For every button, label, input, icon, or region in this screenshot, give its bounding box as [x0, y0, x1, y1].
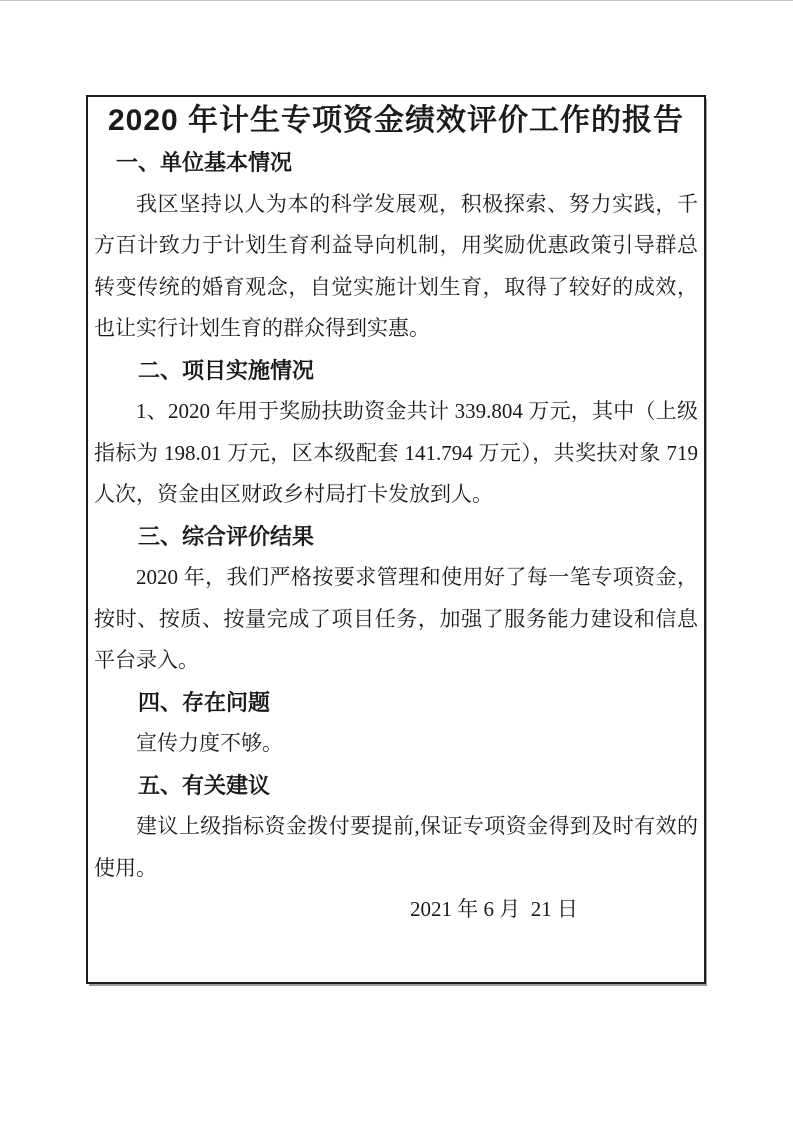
page-edge-line — [0, 0, 793, 1]
document-border-frame: 2020 年计生专项资金绩效评价工作的报告 一、单位基本情况 我区坚持以人为本的… — [86, 95, 706, 984]
section-suggestions: 五、有关建议 建议上级指标资金拨付要提前,保证专项资金得到及时有效的使用。 — [94, 765, 698, 890]
section-paragraph-2: 1、2020 年用于奖励扶助资金共计 339.804 万元，其中（上级指标为 1… — [94, 391, 698, 516]
section-heading-5: 五、有关建议 — [94, 765, 698, 807]
section-unit-basic-info: 一、单位基本情况 我区坚持以人为本的科学发展观，积极探索、努力实践，千方百计致力… — [94, 142, 698, 350]
section-project-implementation: 二、项目实施情况 1、2020 年用于奖励扶助资金共计 339.804 万元，其… — [94, 350, 698, 516]
document-date: 2021 年 6 月 21 日 — [94, 889, 698, 931]
section-heading-4: 四、存在问题 — [94, 682, 698, 724]
section-heading-1: 一、单位基本情况 — [94, 142, 698, 184]
section-heading-2: 二、项目实施情况 — [94, 350, 698, 392]
section-paragraph-4: 宣传力度不够。 — [94, 723, 698, 765]
section-evaluation-result: 三、综合评价结果 2020 年，我们严格按要求管理和使用好了每一笔专项资金，按时… — [94, 516, 698, 682]
document-title: 2020 年计生专项资金绩效评价工作的报告 — [94, 100, 698, 142]
document-content: 2020 年计生专项资金绩效评价工作的报告 一、单位基本情况 我区坚持以人为本的… — [88, 97, 704, 931]
section-problems: 四、存在问题 宣传力度不够。 — [94, 682, 698, 765]
section-heading-3: 三、综合评价结果 — [94, 516, 698, 558]
section-paragraph-5: 建议上级指标资金拨付要提前,保证专项资金得到及时有效的使用。 — [94, 806, 698, 889]
section-paragraph-1: 我区坚持以人为本的科学发展观，积极探索、努力实践，千方百计致力于计划生育利益导向… — [94, 184, 698, 350]
section-paragraph-3: 2020 年，我们严格按要求管理和使用好了每一笔专项资金，按时、按质、按量完成了… — [94, 557, 698, 682]
